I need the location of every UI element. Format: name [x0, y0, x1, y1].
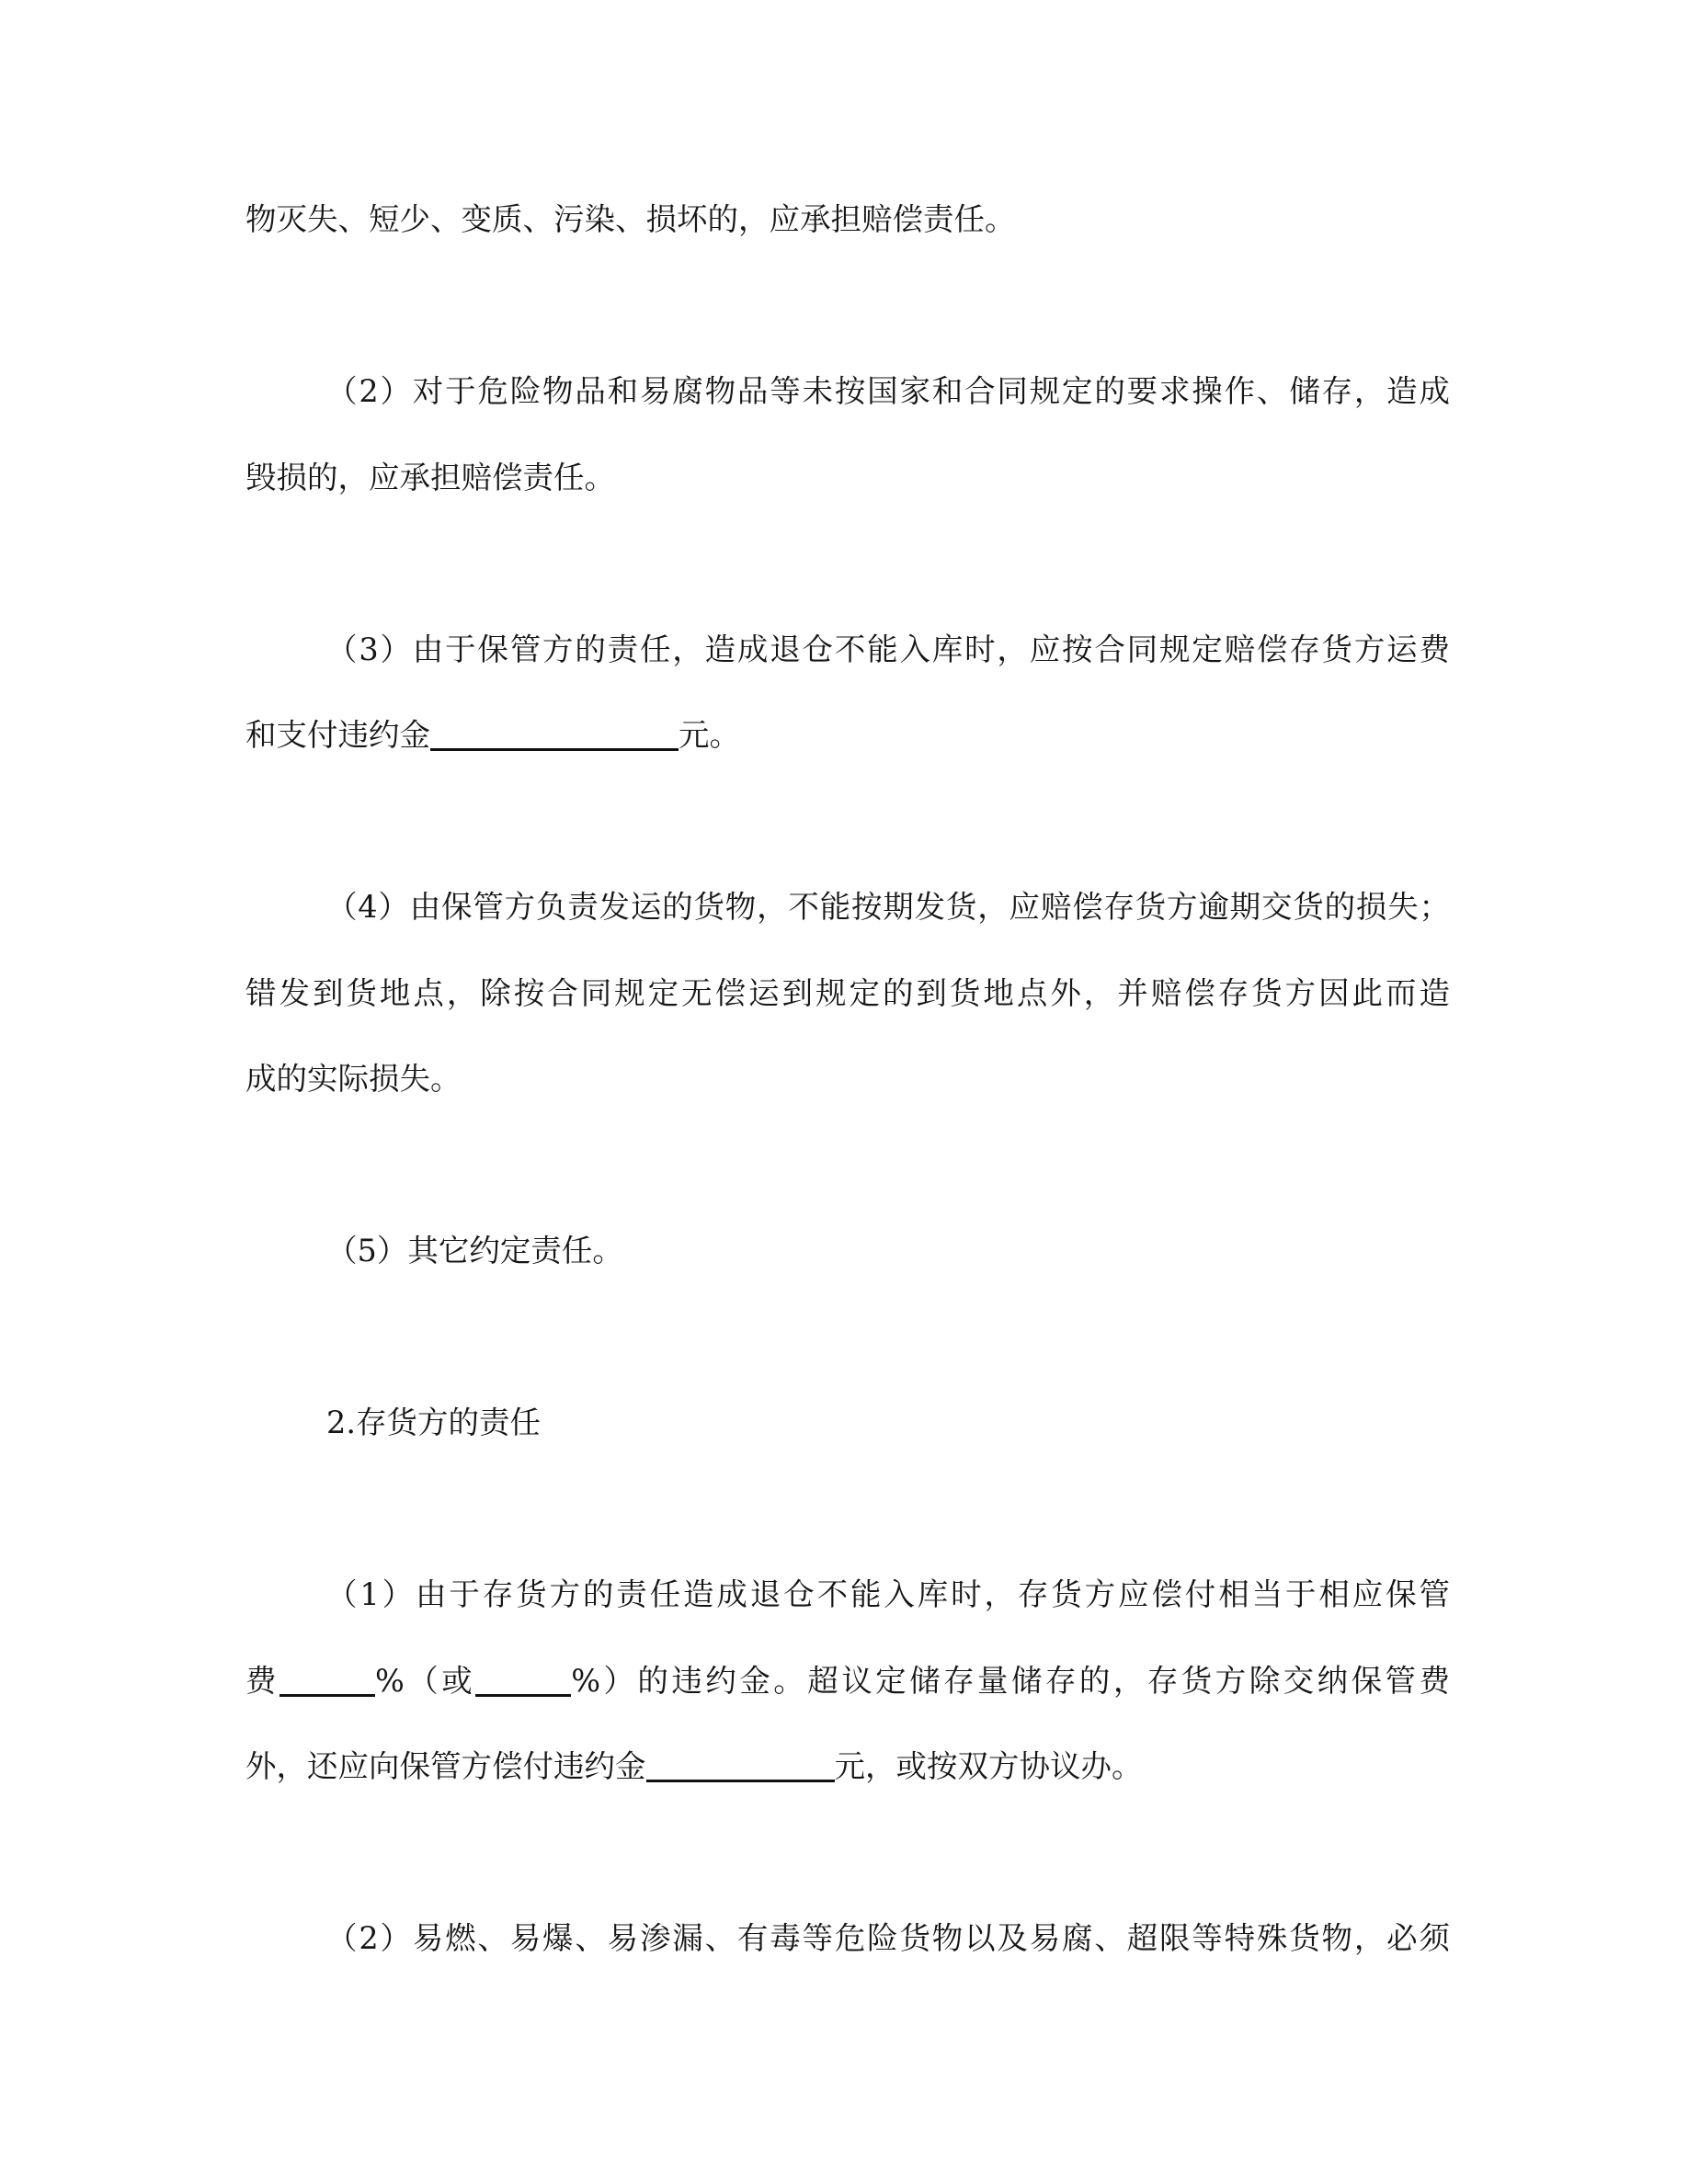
clause-2-depositor-line-1: （2）易燃、易爆、易渗漏、有毒等危险货物以及易腐、超限等特殊货物，必须 [245, 1895, 1450, 1982]
heading-depositor-line: 2.存货方的责任 [245, 1380, 1450, 1466]
clause-1-depositor-line-1: （1）由于存货方的责任造成退仓不能入库时，存货方应偿付相当于相应保管 [245, 1552, 1450, 1638]
clause-2-keeper: （2）对于危险物品和易腐物品等未按国家和合同规定的要求操作、储存，造成 毁损的，… [245, 348, 1450, 520]
blank-percent-1 [279, 1694, 375, 1697]
clause-4-keeper: （4）由保管方负责发运的货物，不能按期发货，应赔偿存货方逾期交货的损失； 错发到… [245, 864, 1450, 1122]
document-page: 物灭失、短少、变质、污染、损坏的，应承担赔偿责任。 （2）对于危险物品和易腐物品… [0, 0, 1688, 2184]
clause-5-keeper-line-1: （5）其它约定责任。 [245, 1208, 1450, 1294]
clause-4-keeper-line-1: （4）由保管方负责发运的货物，不能按期发货，应赔偿存货方逾期交货的损失； [245, 864, 1450, 950]
blank-penalty-amount [430, 748, 679, 751]
paragraph-carryover: 物灭失、短少、变质、污染、损坏的，应承担赔偿责任。 [245, 176, 1450, 263]
contract-text-block: 物灭失、短少、变质、污染、损坏的，应承担赔偿责任。 （2）对于危险物品和易腐物品… [245, 176, 1450, 1982]
clause-3-text-before-blank: 和支付违约金 [245, 717, 430, 753]
clause-1-depositor-line-2: 费%（或%）的违约金。超议定储存量储存的，存货方除交纳保管费 [245, 1638, 1450, 1724]
blank-percent-2 [475, 1694, 571, 1697]
clause-1-seg-fee: 费 [245, 1663, 279, 1699]
clause-1-seg-penalty-rule: %）的违约金。超议定储存量储存的，存货方除交纳保管费 [571, 1663, 1450, 1699]
clause-5-keeper: （5）其它约定责任。 [245, 1208, 1450, 1294]
clause-1-seg-or: %（或 [375, 1663, 475, 1699]
clause-1-depositor: （1）由于存货方的责任造成退仓不能入库时，存货方应偿付相当于相应保管 费%（或%… [245, 1552, 1450, 1810]
clause-1-depositor-line-3: 外，还应向保管方偿付违约金元，或按双方协议办。 [245, 1723, 1450, 1810]
blank-penalty-amount-2 [646, 1780, 835, 1782]
clause-3-keeper: （3）由于保管方的责任，造成退仓不能入库时，应按合同规定赔偿存货方运费 和支付违… [245, 607, 1450, 779]
clause-3-keeper-line-2: 和支付违约金元。 [245, 692, 1450, 779]
clause-3-text-after-blank: 元。 [679, 717, 740, 753]
carryover-line: 物灭失、短少、变质、污染、损坏的，应承担赔偿责任。 [245, 176, 1450, 263]
clause-3-keeper-line-1: （3）由于保管方的责任，造成退仓不能入库时，应按合同规定赔偿存货方运费 [245, 607, 1450, 693]
clause-4-keeper-line-2: 错发到货地点，除按合同规定无偿运到规定的到货地点外，并赔偿存货方因此而造 [245, 950, 1450, 1037]
clause-4-keeper-line-3: 成的实际损失。 [245, 1036, 1450, 1122]
clause-2-depositor: （2）易燃、易爆、易渗漏、有毒等危险货物以及易腐、超限等特殊货物，必须 [245, 1895, 1450, 1982]
heading-depositor-responsibility: 2.存货方的责任 [245, 1380, 1450, 1466]
clause-1-seg-extra: 外，还应向保管方偿付违约金 [245, 1748, 646, 1784]
clause-2-keeper-line-1: （2）对于危险物品和易腐物品等未按国家和合同规定的要求操作、储存，造成 [245, 348, 1450, 435]
clause-2-keeper-line-2: 毁损的，应承担赔偿责任。 [245, 435, 1450, 521]
clause-1-seg-ending: 元，或按双方协议办。 [835, 1748, 1143, 1784]
